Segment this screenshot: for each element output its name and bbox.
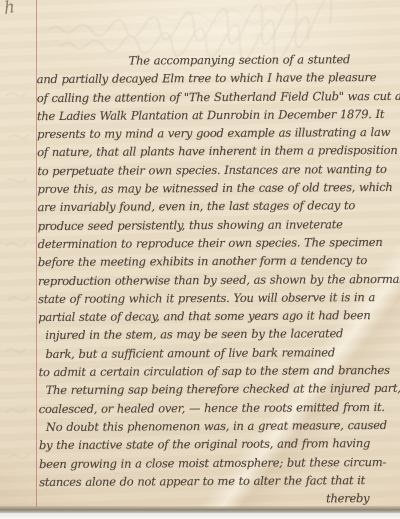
page-bottom-edge <box>0 506 400 513</box>
letter-line: bark, but a sufficient amount of live ba… <box>38 343 398 363</box>
letter-line: of nature, that all plants have inherent… <box>37 141 397 161</box>
letter-line: No doubt this phenomenon was, in a great… <box>39 416 399 436</box>
letter-line: to perpetuate their own species. Instanc… <box>37 160 397 180</box>
letter-line: presents to my mind a very good example … <box>37 123 397 143</box>
letter-line: been growing in a close moist atmosphere… <box>39 452 399 472</box>
letter-line: prove this, as may be witnessed in the c… <box>37 178 397 198</box>
letter-line: produce seed persistently, thus showing … <box>38 215 398 235</box>
letter-line: reproduction otherwise than by seed, as … <box>38 269 398 289</box>
letter-line: injured in the stem, as may be seen by t… <box>38 324 398 344</box>
letter-line: of calling the attention of "The Sutherl… <box>37 86 397 106</box>
letter-line: stances alone do not appear to me to alt… <box>39 471 399 491</box>
letter-line: partial state of decay, and that some ye… <box>38 306 398 326</box>
letter-line: and partially decayed Elm tree to which … <box>37 68 397 88</box>
letter-line: to admit a certain circulation of sap to… <box>39 361 399 381</box>
letter-line: The accompanying section of a stunted <box>37 50 397 70</box>
letter-line: coalesced, or healed over, — hence the r… <box>39 398 399 418</box>
letter-line: the Ladies Walk Plantation at Dunrobin i… <box>37 105 397 125</box>
letter-line: by the inactive state of the original ro… <box>39 434 399 454</box>
letter-line: determination to reproduce their own spe… <box>38 233 398 253</box>
letter-line: The returning sap being therefore checke… <box>39 379 399 399</box>
letter-line: are invariably found, even in, the last … <box>38 196 398 216</box>
letter-line: before the meeting exhibits in another f… <box>38 251 398 271</box>
backdrop-surface <box>0 513 400 519</box>
manuscript-photo: h The accompanying section of a stunted … <box>0 0 400 519</box>
letter-line: state of rooting which it presents. You … <box>38 288 398 308</box>
letter-body: The accompanying section of a stunted an… <box>37 50 400 510</box>
corner-pen-mark: h <box>3 0 15 19</box>
